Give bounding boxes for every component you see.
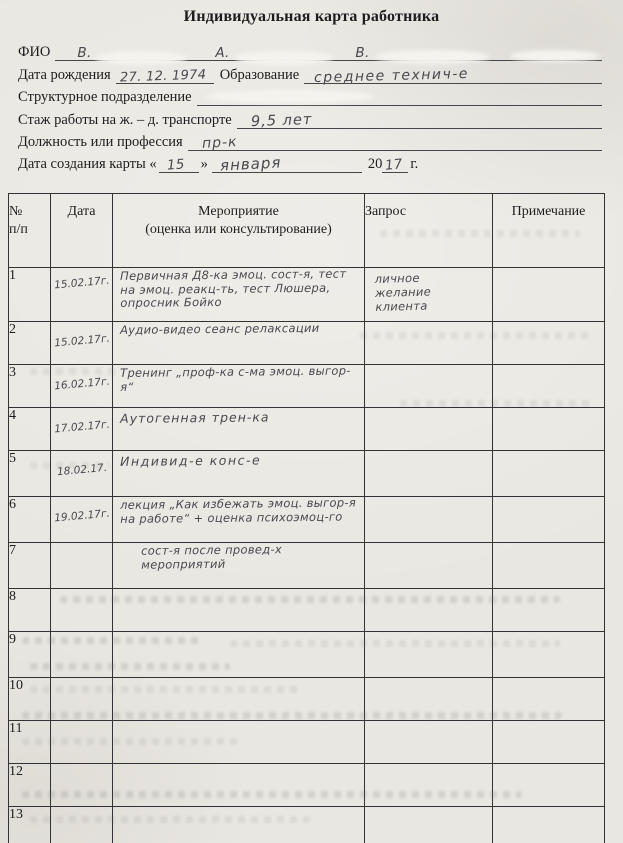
note-cell — [493, 543, 605, 589]
activity-handwritten: Аутогенная трен-ка — [113, 405, 364, 426]
activity-handwritten: Аудио-видео сеанс релаксации — [113, 319, 364, 337]
date-cell: 19.02.17г. — [51, 497, 113, 543]
request-cell — [365, 322, 493, 365]
card-date-label: Дата создания карты « — [18, 156, 159, 173]
activity-handwritten: лекция „Как избежать эмоц. выгор-я на ра… — [113, 494, 364, 526]
date-handwritten — [51, 718, 113, 736]
events-table: № п/п Дата Мероприятие (оценка или консу… — [8, 193, 605, 843]
card-date-quote: » — [199, 156, 212, 173]
table-row: 5 18.02.17. Индивид-е конс-е — [9, 451, 605, 497]
bleed-through-smudge — [30, 663, 230, 670]
request-handwritten — [365, 542, 457, 547]
bleed-through-smudge — [22, 738, 242, 745]
form-line-experience: Стаж работы на ж. – д. транспорте 9,5 ле… — [18, 106, 602, 128]
activity-cell: Тренинг „проф-ка с-ма эмоц. выгор-я“ — [113, 365, 365, 408]
request-handwritten — [365, 720, 457, 725]
activity-cell — [113, 807, 365, 843]
request-handwritten — [365, 496, 457, 501]
form-line-position: Должность или профессия пр-к — [18, 129, 602, 151]
bleed-through-smudge — [22, 712, 562, 719]
note-cell — [493, 632, 605, 678]
fio-handwritten-initial: А. — [215, 45, 229, 61]
fio-label: ФИО — [18, 44, 55, 61]
position-handwritten-value: пр-к — [201, 134, 237, 152]
request-cell — [365, 721, 493, 764]
date-handwritten — [51, 540, 113, 558]
date-cell — [51, 807, 113, 843]
request-handwritten — [365, 364, 457, 369]
position-label: Должность или профессия — [18, 134, 188, 151]
fio-handwritten-initial: В. — [77, 45, 91, 61]
table-row: 12 — [9, 764, 605, 807]
request-handwritten — [365, 677, 457, 682]
note-cell — [493, 497, 605, 543]
date-cell: 18.02.17. — [51, 451, 113, 497]
request-handwritten — [365, 407, 457, 412]
bleed-through-smudge — [22, 637, 202, 644]
date-cell: 15.02.17г. — [51, 268, 113, 322]
note-cell — [493, 268, 605, 322]
activity-cell — [113, 589, 365, 632]
birth-date-label: Дата рождения — [18, 67, 116, 84]
row-number: 7 — [9, 543, 51, 589]
date-handwritten: 16.02.17г. — [50, 362, 113, 392]
date-cell — [51, 543, 113, 589]
date-handwritten: 17.02.17г. — [50, 405, 113, 435]
col-header-activity: Мероприятие (оценка или консультирование… — [113, 194, 365, 268]
request-handwritten — [365, 763, 457, 768]
row-number: 2 — [9, 322, 51, 365]
bleed-through-smudge — [360, 332, 590, 339]
education-field: среднее технич-е — [304, 62, 602, 84]
request-cell: личное желание клиента — [365, 268, 493, 322]
request-handwritten — [365, 588, 457, 593]
whiteout-patch — [510, 50, 600, 62]
activity-cell: Аудио-видео сеанс релаксации — [113, 322, 365, 365]
request-handwritten — [365, 631, 457, 636]
activity-cell: Аутогенная трен-ка — [113, 408, 365, 451]
bleed-through-smudge — [30, 686, 300, 693]
col-header-date: Дата — [51, 194, 113, 268]
experience-label: Стаж работы на ж. – д. транспорте — [18, 112, 237, 129]
page-title: Индивидуальная карта работника — [0, 8, 623, 26]
request-handwritten: личное желание клиента — [364, 267, 457, 314]
table-row: 13 — [9, 807, 605, 843]
request-handwritten — [365, 321, 457, 326]
table-row: 1 15.02.17г. Первичная Д8-ка эмоц. сост-… — [9, 268, 605, 322]
note-cell — [493, 764, 605, 807]
request-cell — [365, 451, 493, 497]
fio-handwritten-initial: В. — [355, 45, 369, 61]
bleed-through-smudge — [400, 400, 590, 407]
note-cell — [493, 721, 605, 764]
note-cell — [493, 807, 605, 843]
date-handwritten: 15.02.17г. — [50, 265, 113, 291]
card-date-day-field: 15 — [159, 151, 199, 173]
request-handwritten — [365, 450, 457, 455]
whiteout-patch — [205, 90, 375, 103]
request-cell — [365, 497, 493, 543]
date-cell — [51, 589, 113, 632]
row-number: 13 — [9, 807, 51, 843]
activity-cell: Первичная Д8-ка эмоц. сост-я, тест на эм… — [113, 268, 365, 322]
bleed-through-smudge — [30, 462, 110, 469]
date-handwritten: 15.02.17г. — [50, 319, 113, 349]
table-row: 4 17.02.17г. Аутогенная трен-ка — [9, 408, 605, 451]
row-number: 8 — [9, 589, 51, 632]
bleed-through-smudge — [380, 230, 580, 237]
activity-handwritten: Индивид-е конс-е — [113, 448, 364, 469]
bleed-through-smudge — [230, 640, 560, 647]
experience-field: 9,5 лет — [237, 107, 602, 129]
table-row: 7 сост-я после провед-х мероприятий — [9, 543, 605, 589]
note-cell — [493, 408, 605, 451]
form-line-division: Структурное подразделение — [18, 84, 602, 106]
row-number: 6 — [9, 497, 51, 543]
table-row: 2 15.02.17г. Аудио-видео сеанс релаксаци… — [9, 322, 605, 365]
activity-handwritten: Первичная Д8-ка эмоц. сост-я, тест на эм… — [113, 265, 364, 310]
activity-handwritten: сост-я после провед-х мероприятий — [113, 540, 364, 572]
date-handwritten: 19.02.17г. — [50, 494, 113, 524]
birth-date-handwritten-value: 27. 12. 1974 — [119, 67, 206, 85]
col-header-number: № п/п — [9, 194, 51, 268]
experience-handwritten-value: 9,5 лет — [250, 111, 312, 129]
row-number: 12 — [9, 764, 51, 807]
scanned-document-page: Индивидуальная карта работника ФИО В. А.… — [0, 0, 623, 843]
row-number: 1 — [9, 268, 51, 322]
note-cell — [493, 322, 605, 365]
card-date-month-handwritten: января — [219, 154, 281, 175]
request-cell — [365, 764, 493, 807]
birth-date-field: 27. 12. 1974 — [116, 62, 214, 84]
form-line-birth-education: Дата рождения 27. 12. 1974 Образование с… — [18, 61, 602, 83]
table-row: 6 19.02.17г. лекция „Как избежать эмоц. … — [9, 497, 605, 543]
activity-cell: лекция „Как избежать эмоц. выгор-я на ра… — [113, 497, 365, 543]
card-date-day-handwritten: 15 — [166, 157, 185, 174]
card-date-year-handwritten: 17 — [385, 156, 404, 174]
education-handwritten-value: среднее технич-е — [314, 66, 469, 86]
bleed-through-smudge — [22, 791, 522, 798]
date-cell: 15.02.17г. — [51, 322, 113, 365]
request-cell — [365, 632, 493, 678]
form-line-card-date: Дата создания карты « 15 » января 20 17 … — [18, 151, 602, 173]
date-cell: 17.02.17г. — [51, 408, 113, 451]
table-row: 8 — [9, 589, 605, 632]
request-cell — [365, 807, 493, 843]
activity-cell: Индивид-е конс-е — [113, 451, 365, 497]
row-number: 4 — [9, 408, 51, 451]
fio-field: В. А. В. — [55, 39, 602, 61]
bleed-through-smudge — [60, 596, 560, 603]
activity-cell — [113, 764, 365, 807]
request-handwritten — [365, 806, 457, 811]
activity-handwritten: Тренинг „проф-ка с-ма эмоц. выгор-я“ — [113, 362, 364, 394]
row-number: 5 — [9, 451, 51, 497]
activity-cell: сост-я после провед-х мероприятий — [113, 543, 365, 589]
request-cell — [365, 408, 493, 451]
form-line-fio: ФИО В. А. В. — [18, 39, 602, 61]
date-cell — [51, 764, 113, 807]
note-cell — [493, 451, 605, 497]
card-date-suffix: г. — [408, 156, 423, 173]
date-handwritten — [51, 761, 113, 779]
card-date-year-prefix: 20 — [362, 156, 383, 173]
bleed-through-smudge — [30, 368, 120, 375]
card-date-year-field: 17 — [382, 151, 408, 173]
card-date-month-field: января — [212, 151, 362, 173]
request-cell — [365, 543, 493, 589]
request-cell — [365, 589, 493, 632]
form-header: ФИО В. А. В. Дата рождения 27. 12. 1974 … — [18, 39, 602, 173]
division-field — [197, 84, 602, 106]
education-label: Образование — [214, 67, 304, 84]
division-label: Структурное подразделение — [18, 89, 197, 106]
position-field: пр-к — [188, 129, 602, 151]
bleed-through-smudge — [30, 816, 310, 823]
note-cell — [493, 589, 605, 632]
